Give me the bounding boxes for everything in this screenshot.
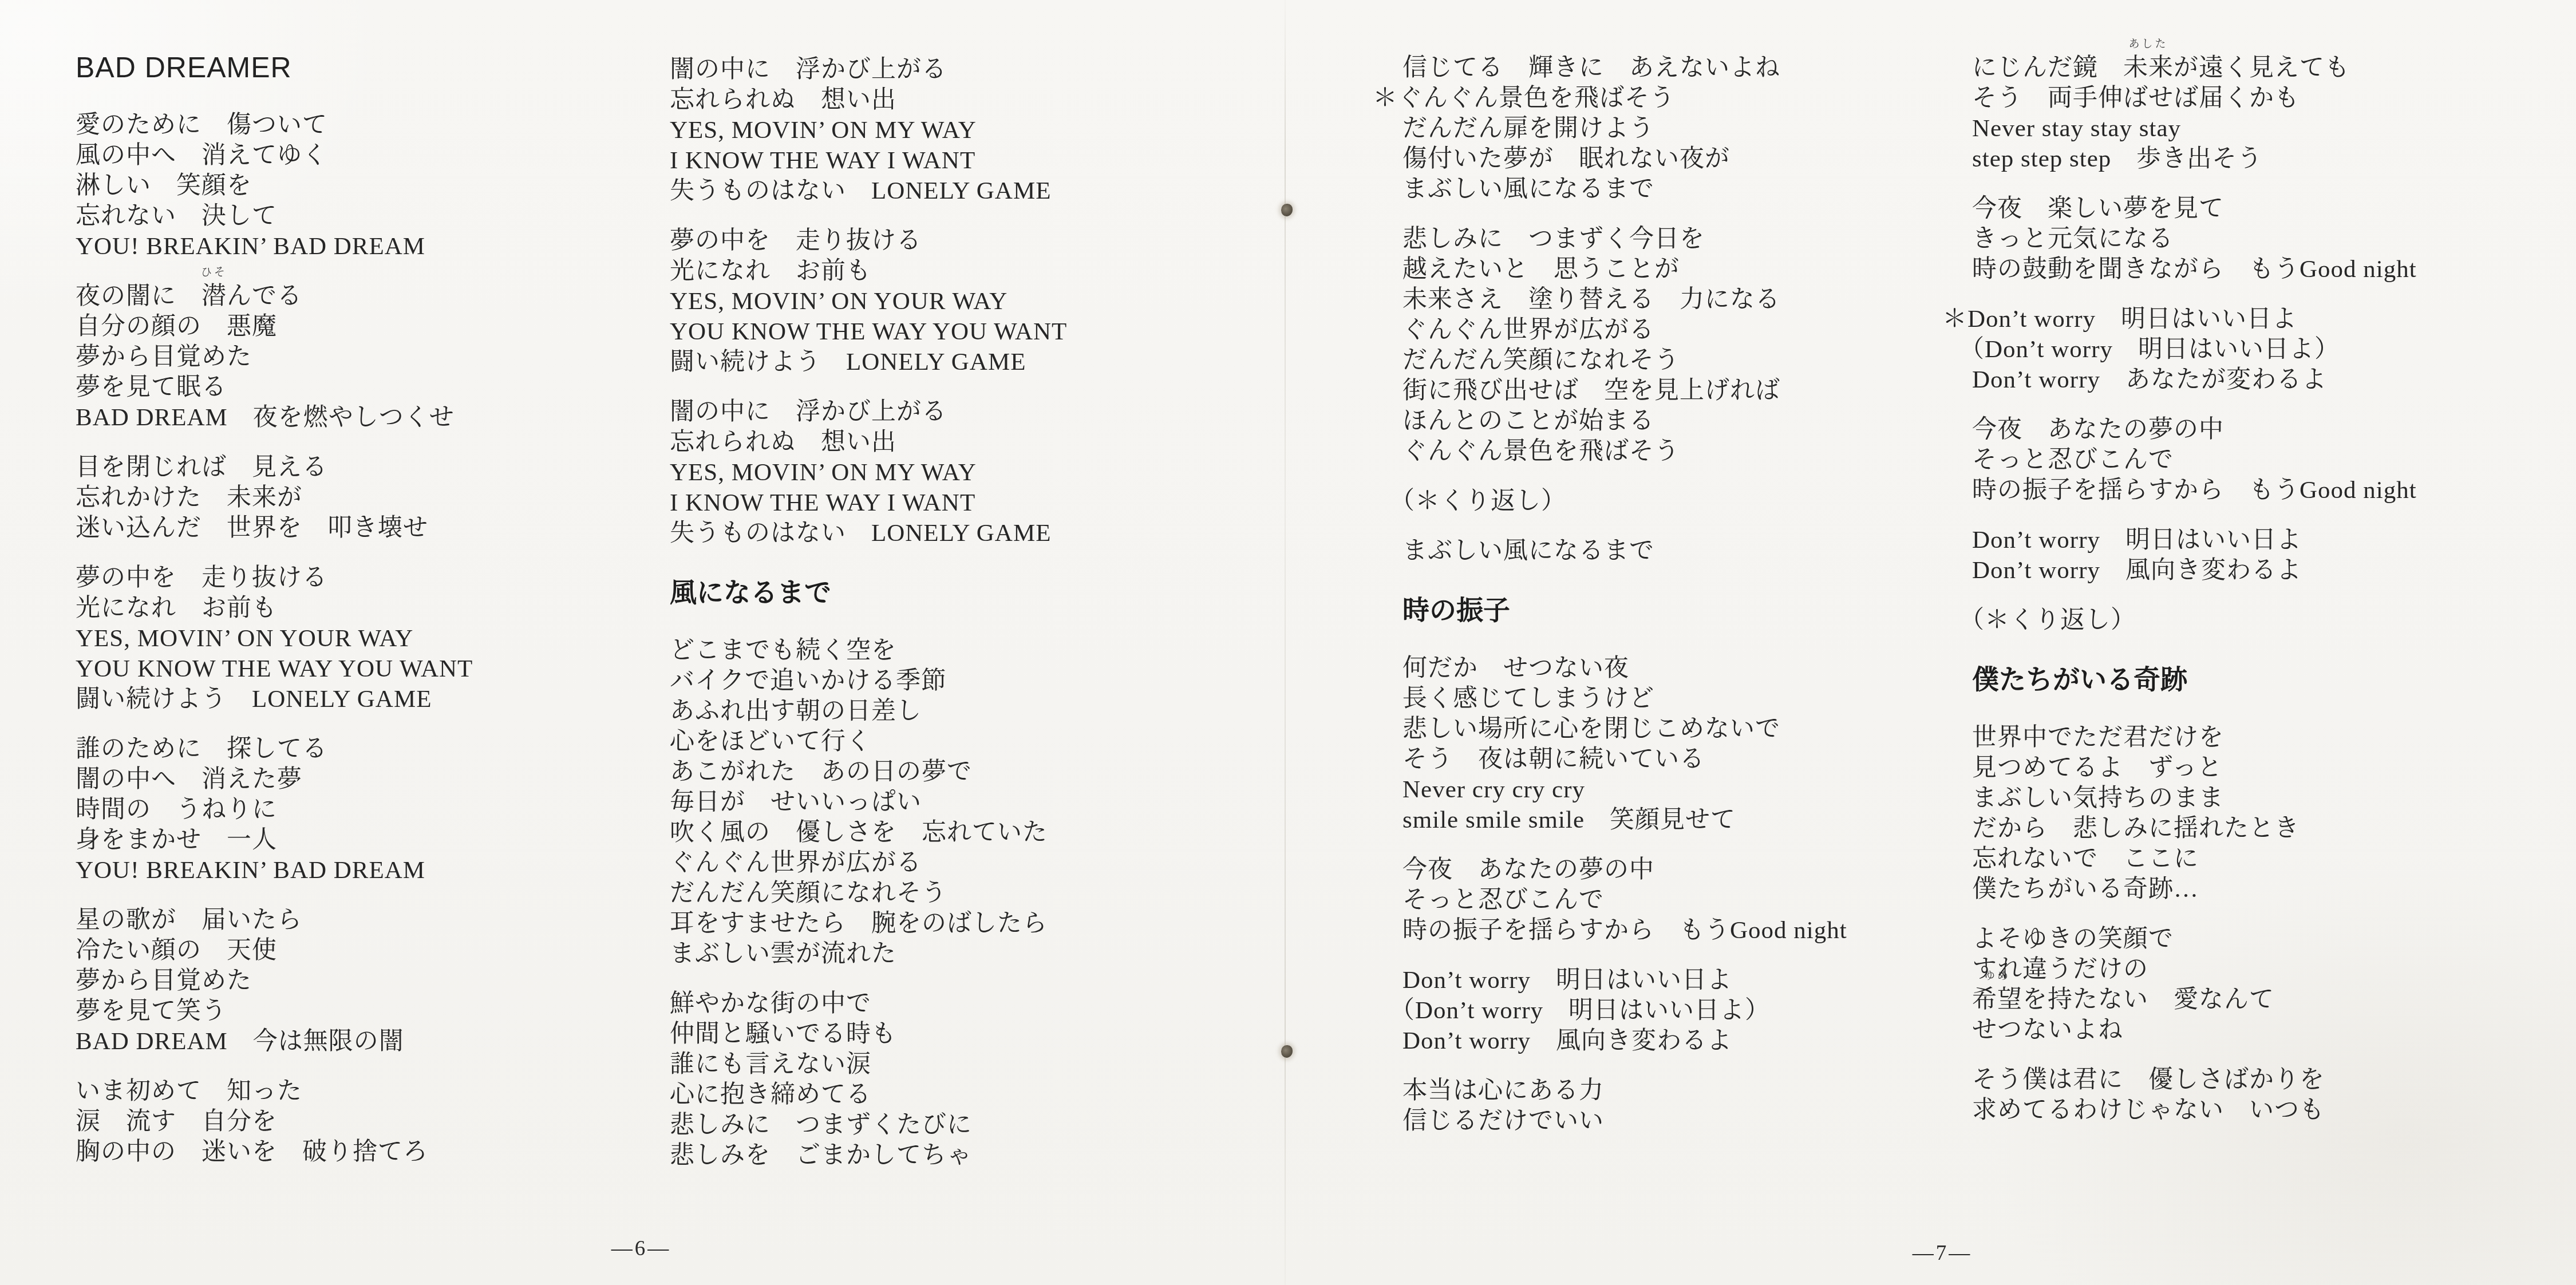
lyric-line: Don’t worry あなたが変わるよ — [1972, 365, 2417, 395]
lyric-line: 忘れられぬ 想い出 — [670, 85, 1067, 115]
lyric-line: 夢を見て笑う — [76, 996, 473, 1026]
lyric-line: 夢から目覚めた — [76, 966, 473, 996]
lyric-line: にじんだ鏡 未来あしたが遠く見えても — [1972, 53, 2417, 83]
lyric-line: 仲間と騒いでる時も — [670, 1019, 1067, 1049]
lyric-line: 闇の中に 浮かび上がる — [670, 397, 1067, 427]
lyric-line: 忘れられぬ 想い出 — [670, 427, 1067, 457]
stanza: Don’t worry 明日はいい日よ（Don’t worry 明日はいい日よ）… — [1402, 965, 1847, 1056]
lyric-line: まぶしい雲が流れた — [670, 939, 1067, 969]
lyric-line: 心をほどいて行く — [670, 726, 1067, 757]
stanza: 何だか せつない夜長く感じてしまうけど悲しい場所に心を閉じこめないでそう 夜は朝… — [1402, 653, 1847, 835]
lyric-line: 冷たい顔の 天使 — [76, 935, 473, 966]
stanza: まぶしい風になるまで — [1402, 536, 1847, 566]
lyric-line: 夜の闇に 潜ひそんでる — [76, 281, 473, 311]
lyric-line: すれ違うだけの — [1972, 954, 2417, 984]
lyric-line: 何だか せつない夜 — [1402, 653, 1847, 683]
lyric-line: 闘い続けよう LONELY GAME — [76, 684, 473, 714]
lyric-line: 悲しみを ごまかしてちゃ — [670, 1140, 1067, 1171]
stanza: 星の歌が 届いたら冷たい顔の 天使夢から目覚めた夢を見て笑うBAD DREAM … — [76, 905, 473, 1057]
stanza: 鮮やかな街の中で仲間と騒いでる時も誰にも言えない涙心に抱き締めてる悲しみに つま… — [670, 989, 1067, 1171]
lyric-line: YES, MOVIN’ ON YOUR WAY — [670, 286, 1067, 317]
lyric-line: Never cry cry cry — [1402, 774, 1847, 805]
lyric-line: （Don’t worry 明日はいい日よ） — [1959, 334, 2417, 365]
lyric-line: ＊Don’t worry 明日はいい日よ — [1942, 304, 2417, 334]
page-number-left: —6— — [555, 1236, 727, 1261]
lyric-line: 闇の中に 浮かび上がる — [670, 54, 1067, 85]
stanza: 目を閉じれば 見える忘れかけた 未来が迷い込んだ 世界を 叩き壊せ — [76, 452, 473, 543]
lyric-line: （＊くり返し） — [1390, 486, 1847, 516]
stanza: 夜の闇に 潜ひそんでる自分の顔の 悪魔夢から目覚めた夢を見て眠るBAD DREA… — [76, 281, 473, 433]
lyric-line: 信じてる 輝きに あえないよね — [1402, 53, 1847, 83]
stanza: 愛のために 傷ついて風の中へ 消えてゆく淋しい 笑顔を忘れない 決してYOU! … — [76, 110, 473, 262]
lyric-line: 僕たちがいる奇跡… — [1972, 874, 2417, 904]
stanza: （＊くり返し） — [1402, 486, 1847, 516]
lyric-line: YOU! BREAKIN’ BAD DREAM — [76, 231, 473, 262]
stanza: 悲しみに つまずく今日を越えたいと 思うことが未来さえ 塗り替える 力になるぐん… — [1402, 224, 1847, 466]
lyric-line: I KNOW THE WAY I WANT — [670, 145, 1067, 176]
lyric-line: だんだん笑顔になれそう — [670, 878, 1067, 908]
song-title-main: BAD DREAMER — [76, 50, 473, 85]
lyric-line: 夢から目覚めた — [76, 342, 473, 372]
lyric-line: Don’t worry 明日はいい日よ — [1402, 965, 1847, 995]
lyric-line: 信じるだけでいい — [1402, 1106, 1847, 1136]
lyric-line: 吹く風の 優しさを 忘れていた — [670, 817, 1067, 848]
lyric-line: 悲しい場所に心を閉じこめないで — [1402, 714, 1847, 744]
lyric-line: 風の中へ 消えてゆく — [76, 140, 473, 171]
lyric-line: 悲しみに つまずく今日を — [1402, 224, 1847, 254]
lyric-line: ぐんぐん世界が広がる — [670, 848, 1067, 878]
lyric-line: 今夜 楽しい夢を見て — [1972, 193, 2417, 224]
song-title: 風になるまで — [670, 578, 1067, 607]
stanza: （＊くり返し） — [1972, 605, 2417, 635]
lyric-line: BAD DREAM 夜を燃やしつくせ — [76, 402, 473, 433]
stanza: そう僕は君に 優しさばかりを求めてるわけじゃない いつも — [1972, 1065, 2417, 1125]
lyric-line: 自分の顔の 悪魔 — [76, 311, 473, 342]
lyric-line: Don’t worry 風向き変わるよ — [1972, 555, 2417, 586]
lyric-line: 目を閉じれば 見える — [76, 452, 473, 483]
lyric-line: まぶしい風になるまで — [1402, 174, 1847, 204]
lyric-line: せつないよね — [1972, 1015, 2417, 1045]
lyric-line: バイクで追いかける季節 — [670, 666, 1067, 696]
lyric-line: YES, MOVIN’ ON MY WAY — [670, 115, 1067, 145]
ruby-base: 希望ゆめ — [1972, 984, 2022, 1015]
stanza: よそゆきの笑顔ですれ違うだけの希望ゆめを持たない 愛なんてせつないよね — [1972, 924, 2417, 1045]
lyric-line: smile smile smile 笑顔見せて — [1402, 805, 1847, 835]
lyric-line: 今夜 あなたの夢の中 — [1402, 855, 1847, 885]
lyric-line: 夢を見て眠る — [76, 372, 473, 402]
lyric-line: いま初めて 知った — [76, 1076, 473, 1106]
lyric-line: 時の振子を揺らすから もうGood night — [1402, 915, 1847, 946]
lyric-line: YOU KNOW THE WAY YOU WANT — [76, 654, 473, 684]
stanza: 闇の中に 浮かび上がる忘れられぬ 想い出YES, MOVIN’ ON MY WA… — [670, 397, 1067, 548]
ruby-base: 未来あした — [2123, 53, 2174, 83]
song-title: 時の振子 — [1402, 596, 1847, 624]
stanza: 誰のために 探してる闇の中へ 消えた夢時間の うねりに身をまかせ 一人YOU! … — [76, 734, 473, 885]
left-page-column-1: BAD DREAMER愛のために 傷ついて風の中へ 消えてゆく淋しい 笑顔を忘れ… — [76, 50, 473, 1187]
lyric-line: 耳をすませたら 腕をのばしたら — [670, 908, 1067, 939]
lyric-line: 長く感じてしまうけど — [1402, 683, 1847, 714]
booklet-spread: BAD DREAMER愛のために 傷ついて風の中へ 消えてゆく淋しい 笑顔を忘れ… — [0, 0, 2576, 1285]
lyric-line: 悲しみに つまずくたびに — [670, 1110, 1067, 1140]
lyric-line: 本当は心にある力 — [1402, 1076, 1847, 1106]
lyric-line: 希望ゆめを持たない 愛なんて — [1972, 984, 2417, 1015]
lyric-line: ほんとのことが始まる — [1402, 406, 1847, 436]
lyric-line: 愛のために 傷ついて — [76, 110, 473, 140]
stanza: 夢の中を 走り抜ける光になれ お前もYES, MOVIN’ ON YOUR WA… — [76, 563, 473, 714]
lyric-line: 街に飛び出せば 空を見上げれば — [1402, 375, 1847, 406]
lyric-line: まぶしい気持ちのまま — [1972, 783, 2417, 813]
lyric-line: 忘れないで ここに — [1972, 844, 2417, 874]
staple-mark-top-icon — [1281, 204, 1293, 216]
lyric-line: YES, MOVIN’ ON YOUR WAY — [76, 623, 473, 654]
lyric-line: そっと忍びこんで — [1402, 885, 1847, 915]
page-number-right: —7— — [1856, 1241, 2028, 1266]
lyric-line: 時の鼓動を聞きながら もうGood night — [1972, 254, 2417, 284]
lyric-line: I KNOW THE WAY I WANT — [670, 488, 1067, 518]
lyric-line: Don’t worry 風向き変わるよ — [1402, 1026, 1847, 1056]
stanza: 本当は心にある力信じるだけでいい — [1402, 1076, 1847, 1136]
lyric-line: そう 夜は朝に続いている — [1402, 744, 1847, 774]
lyric-line: だんだん扉を開けよう — [1402, 113, 1847, 144]
staple-mark-bottom-icon — [1281, 1045, 1293, 1058]
lyric-line: 失うものはない LONELY GAME — [670, 518, 1067, 548]
stanza: 今夜 あなたの夢の中そっと忍びこんで時の振子を揺らすから もうGood nigh… — [1972, 414, 2417, 505]
lyric-line: あこがれた あの日の夢で — [670, 757, 1067, 787]
lyric-line: ＊ぐんぐん景色を飛ばそう — [1373, 83, 1847, 113]
stanza: 今夜 楽しい夢を見てきっと元気になる時の鼓動を聞きながら もうGood nigh… — [1972, 193, 2417, 284]
stanza: にじんだ鏡 未来あしたが遠く見えてもそう 両手伸ばせば届くかもNever sta… — [1972, 53, 2417, 174]
lyric-line: 失うものはない LONELY GAME — [670, 176, 1067, 206]
lyric-line: ぐんぐん世界が広がる — [1402, 315, 1847, 345]
lyric-line: 誰にも言えない涙 — [670, 1049, 1067, 1080]
lyric-line: 越えたいと 思うことが — [1402, 254, 1847, 284]
lyric-line: 毎日が せいいっぱい — [670, 787, 1067, 817]
lyric-line: あふれ出す朝の日差し — [670, 696, 1067, 726]
stanza: どこまでも続く空をバイクで追いかける季節あふれ出す朝の日差し心をほどいて行くあこ… — [670, 635, 1067, 969]
lyric-line: （＊くり返し） — [1959, 605, 2417, 635]
song-title: 僕たちがいる奇跡 — [1972, 665, 2417, 694]
lyric-line: 傷付いた夢が 眠れない夜が — [1402, 144, 1847, 174]
furigana: ゆめ — [1984, 971, 2010, 982]
furigana: ひそ — [201, 267, 227, 278]
furigana: あした — [2128, 39, 2168, 50]
lyric-line: どこまでも続く空を — [670, 635, 1067, 666]
lyric-line: 忘れない 決して — [76, 201, 473, 231]
lyric-line: そっと忍びこんで — [1972, 445, 2417, 475]
lyric-line: 鮮やかな街の中で — [670, 989, 1067, 1019]
lyric-line: 未来さえ 塗り替える 力になる — [1402, 284, 1847, 315]
lyric-line: BAD DREAM 今は無限の闇 — [76, 1026, 473, 1057]
lyric-line: きっと元気になる — [1972, 224, 2417, 254]
stanza: 世界中でただ君だけを見つめてるよ ずっとまぶしい気持ちのままだから 悲しみに揺れ… — [1972, 722, 2417, 904]
right-page-column-3: 信じてる 輝きに あえないよね＊ぐんぐん景色を飛ばそうだんだん扉を開けよう傷付い… — [1402, 53, 1847, 1156]
lyric-line: 夢の中を 走り抜ける — [76, 563, 473, 593]
lyric-line: step step step 歩き出そう — [1972, 144, 2417, 174]
lyric-line: 身をまかせ 一人 — [76, 825, 473, 855]
lyric-line: Don’t worry 明日はいい日よ — [1972, 525, 2417, 555]
lyric-line: YOU KNOW THE WAY YOU WANT — [670, 317, 1067, 347]
lyric-line: よそゆきの笑顔で — [1972, 924, 2417, 954]
lyric-line: 世界中でただ君だけを — [1972, 722, 2417, 753]
lyric-line: 光になれ お前も — [670, 256, 1067, 286]
lyric-line: 時の振子を揺らすから もうGood night — [1972, 475, 2417, 505]
lyric-line: 求めてるわけじゃない いつも — [1972, 1095, 2417, 1125]
lyric-line: だから 悲しみに揺れたとき — [1972, 813, 2417, 844]
lyric-line: 誰のために 探してる — [76, 734, 473, 764]
stanza: ＊Don’t worry 明日はいい日よ（Don’t worry 明日はいい日よ… — [1972, 304, 2417, 395]
stanza: Don’t worry 明日はいい日よDon’t worry 風向き変わるよ — [1972, 525, 2417, 586]
lyric-line: 迷い込んだ 世界を 叩き壊せ — [76, 513, 473, 543]
lyric-line: 今夜 あなたの夢の中 — [1972, 414, 2417, 445]
lyric-line: 光になれ お前も — [76, 593, 473, 623]
lyric-line: そう僕は君に 優しさばかりを — [1972, 1065, 2417, 1095]
ruby-base: 潜ひそ — [202, 281, 227, 311]
lyric-line: YES, MOVIN’ ON MY WAY — [670, 457, 1067, 488]
stanza: 夢の中を 走り抜ける光になれ お前もYES, MOVIN’ ON YOUR WA… — [670, 226, 1067, 377]
stanza: いま初めて 知った涙 流す 自分を胸の中の 迷いを 破り捨てろ — [76, 1076, 473, 1167]
lyric-line: 心に抱き締めてる — [670, 1080, 1067, 1110]
center-fold-crease — [1285, 0, 1286, 1285]
lyric-line: 涙 流す 自分を — [76, 1106, 473, 1137]
lyric-line: まぶしい風になるまで — [1402, 536, 1847, 566]
lyric-line: 忘れかけた 未来が — [76, 483, 473, 513]
stanza: 信じてる 輝きに あえないよね＊ぐんぐん景色を飛ばそうだんだん扉を開けよう傷付い… — [1402, 53, 1847, 204]
lyric-line: だんだん笑顔になれそう — [1402, 345, 1847, 375]
lyric-line: Never stay stay stay — [1972, 113, 2417, 144]
lyric-line: 星の歌が 届いたら — [76, 905, 473, 935]
lyric-line: YOU! BREAKIN’ BAD DREAM — [76, 855, 473, 885]
lyric-line: 闇の中へ 消えた夢 — [76, 764, 473, 794]
lyric-line: （Don’t worry 明日はいい日よ） — [1390, 995, 1847, 1026]
lyric-line: 見つめてるよ ずっと — [1972, 753, 2417, 783]
stanza: 闇の中に 浮かび上がる忘れられぬ 想い出YES, MOVIN’ ON MY WA… — [670, 54, 1067, 206]
lyric-line: ぐんぐん景色を飛ばそう — [1402, 436, 1847, 466]
lyric-line: 闘い続けよう LONELY GAME — [670, 347, 1067, 377]
lyric-line: 時間の うねりに — [76, 794, 473, 825]
right-page-column-4: にじんだ鏡 未来あしたが遠く見えてもそう 両手伸ばせば届くかもNever sta… — [1972, 53, 2417, 1145]
left-page-column-2: 闇の中に 浮かび上がる忘れられぬ 想い出YES, MOVIN’ ON MY WA… — [670, 54, 1067, 1190]
lyric-line: 胸の中の 迷いを 破り捨てろ — [76, 1137, 473, 1167]
stanza: 今夜 あなたの夢の中そっと忍びこんで時の振子を揺らすから もうGood nigh… — [1402, 855, 1847, 946]
lyric-line: 夢の中を 走り抜ける — [670, 226, 1067, 256]
lyric-line: 淋しい 笑顔を — [76, 171, 473, 201]
lyric-line: そう 両手伸ばせば届くかも — [1972, 83, 2417, 113]
